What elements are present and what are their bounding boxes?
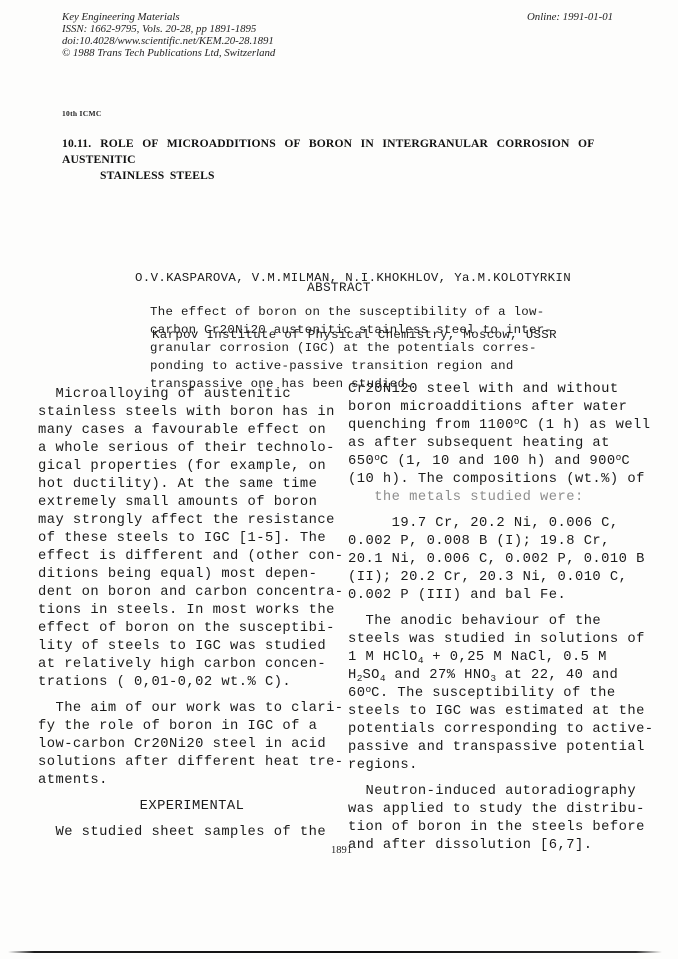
text-line: trations ( 0,01-0,02 wt.% C). — [38, 674, 346, 692]
text-line: 650oC (1, 10 and 100 h) and 900oC — [348, 453, 652, 471]
paragraph: 19.7 Cr, 20.2 Ni, 0.006 C,0.002 P, 0.008… — [348, 515, 652, 605]
text-line: The aim of our work was to clari- — [38, 700, 346, 718]
text-line: low-carbon Cr20Ni20 steel in acid — [38, 736, 346, 754]
text-line: the metals studied were: — [348, 489, 652, 507]
text-line: gical properties (for example, on — [38, 458, 346, 476]
text-line: ponding to active-passive transition reg… — [150, 360, 552, 378]
text-line: effect is different and (other con- — [38, 548, 346, 566]
journal-header: Key Engineering Materials ISSN: 1662-979… — [62, 11, 275, 59]
text-line: regions. — [348, 757, 652, 775]
scan-edge-line — [8, 951, 662, 953]
text-line: was applied to study the distribu- — [348, 801, 652, 819]
text-line: ditions being equal) most depen- — [38, 566, 346, 584]
article-title: 10.11.ROLE OF MICROADDITIONS OF BORON IN… — [62, 136, 622, 184]
text-line: many cases a favourable effect on — [38, 422, 346, 440]
text-line: The effect of boron on the susceptibilit… — [150, 306, 552, 324]
text-line: 20.1 Ni, 0.006 C, 0.002 P, 0.010 B — [348, 551, 652, 569]
text-line: quenching from 1100oC (1 h) as well — [348, 417, 652, 435]
text-line: fy the role of boron in IGC of a — [38, 718, 346, 736]
text-line: granular corrosion (IGC) at the potentia… — [150, 342, 552, 360]
text-line: EXPERIMENTAL — [38, 798, 346, 816]
page-number: 1891 — [331, 845, 352, 856]
text-line: The anodic behaviour of the — [348, 613, 652, 631]
text-line: boron microadditions after water — [348, 399, 652, 417]
text-line: and after dissolution [6,7]. — [348, 837, 652, 855]
text-line: atments. — [38, 772, 346, 790]
text-line: 1 M HClO4 + 0,25 M NaCl, 0.5 M — [348, 649, 652, 667]
right-column: Cr20Ni20 steel with and withoutboron mic… — [348, 381, 652, 863]
paragraph: We studied sheet samples of the — [38, 824, 346, 842]
text-line: tion of boron in the steels before — [348, 819, 652, 837]
journal-page: Key Engineering Materials ISSN: 1662-979… — [0, 0, 678, 959]
abstract-heading: ABSTRACT — [0, 281, 678, 295]
conference-tag: 10th ICMC — [62, 109, 102, 118]
text-line: hot ductility). At the same time — [38, 476, 346, 494]
paragraph: The anodic behaviour of thesteels was st… — [348, 613, 652, 775]
text-line: effect of boron on the susceptibi- — [38, 620, 346, 638]
paragraph: Microalloying of austeniticstainless ste… — [38, 386, 346, 692]
paragraph: The aim of our work was to clari-fy the … — [38, 700, 346, 790]
text-line: (10 h). The compositions (wt.%) of — [348, 471, 652, 489]
journal-name: Key Engineering Materials — [62, 11, 275, 23]
issn-line: ISSN: 1662-9795, Vols. 20-28, pp 1891-18… — [62, 23, 275, 35]
text-line: Cr20Ni20 steel with and without — [348, 381, 652, 399]
text-line: extremely small amounts of boron — [38, 494, 346, 512]
text-line: 0.002 P (III) and bal Fe. — [348, 587, 652, 605]
text-line: (II); 20.2 Cr, 20.3 Ni, 0.010 C, — [348, 569, 652, 587]
section-heading-paragraph: EXPERIMENTAL — [38, 798, 346, 816]
doi-line: doi:10.4028/www.scientific.net/KEM.20-28… — [62, 35, 275, 47]
section-number: 10.11. — [62, 137, 91, 150]
paragraph: Cr20Ni20 steel with and withoutboron mic… — [348, 381, 652, 507]
text-line: stainless steels with boron has in — [38, 404, 346, 422]
title-text: ROLE OF MICROADDITIONS OF BORON IN INTER… — [62, 137, 594, 166]
text-line: 0.002 P, 0.008 B (I); 19.8 Cr, — [348, 533, 652, 551]
left-column: Microalloying of austeniticstainless ste… — [38, 386, 346, 850]
text-line: steels was studied in solutions of — [348, 631, 652, 649]
text-line: a whole serious of their technolo- — [38, 440, 346, 458]
text-line: We studied sheet samples of the — [38, 824, 346, 842]
text-line: dent on boron and carbon concentra- — [38, 584, 346, 602]
text-line: H2SO4 and 27% HNO3 at 22, 40 and — [348, 667, 652, 685]
text-line: Neutron-induced autoradiography — [348, 783, 652, 801]
text-line: potentials corresponding to active- — [348, 721, 652, 739]
copyright-line: © 1988 Trans Tech Publications Ltd, Swit… — [62, 47, 275, 59]
text-line: as after subsequent heating at — [348, 435, 652, 453]
text-line: passive and transpassive potential — [348, 739, 652, 757]
title-line-1: 10.11.ROLE OF MICROADDITIONS OF BORON IN… — [62, 136, 622, 168]
text-line: steels to IGC was estimated at the — [348, 703, 652, 721]
text-line: Microalloying of austenitic — [38, 386, 346, 404]
text-line: may strongly affect the resistance — [38, 512, 346, 530]
text-line: 60oC. The susceptibility of the — [348, 685, 652, 703]
title-line-2: STAINLESS STEELS — [62, 168, 622, 184]
text-line: 19.7 Cr, 20.2 Ni, 0.006 C, — [348, 515, 652, 533]
text-line: of these steels to IGC [1-5]. The — [38, 530, 346, 548]
text-line: at relatively high carbon concen- — [38, 656, 346, 674]
text-line: carbon Cr20Ni20 austenitic stainless ste… — [150, 324, 552, 342]
text-line: tions in steels. In most works the — [38, 602, 346, 620]
online-date: Online: 1991-01-01 — [527, 11, 613, 23]
text-line: lity of steels to IGC was studied — [38, 638, 346, 656]
paragraph: Neutron-induced autoradiographywas appli… — [348, 783, 652, 855]
text-line: solutions after different heat tre- — [38, 754, 346, 772]
